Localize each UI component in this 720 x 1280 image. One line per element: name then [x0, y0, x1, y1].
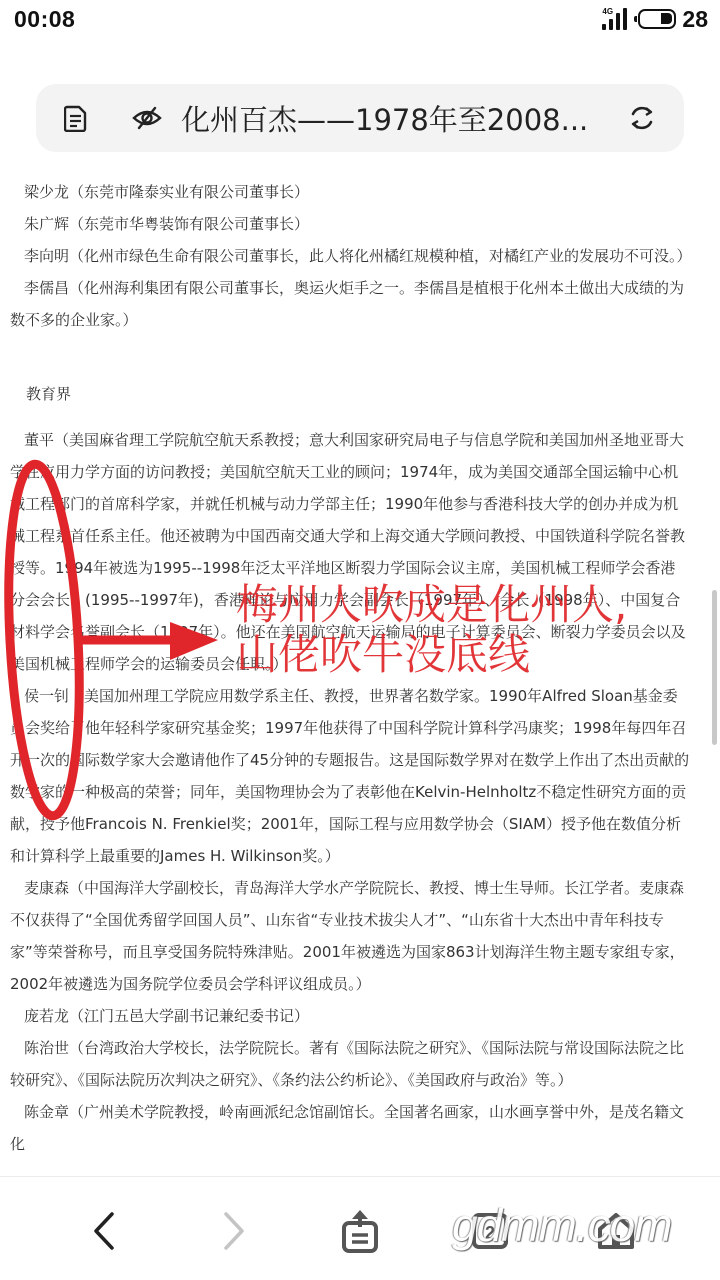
battery-level: 28	[682, 6, 708, 33]
status-icons: 4G 28	[602, 6, 708, 32]
paragraph-mai-kangsen: 麦康森（中国海洋大学副校长，青岛海洋大学水产学院院长、教授、博士生导师。长江学者…	[0, 872, 700, 1000]
back-button[interactable]	[80, 1207, 128, 1255]
battery-icon	[638, 9, 676, 29]
share-button[interactable]	[336, 1207, 384, 1255]
chevron-right-icon	[222, 1212, 246, 1250]
refresh-icon[interactable]	[628, 104, 656, 132]
network-type: 4G	[602, 7, 613, 16]
status-time: 00:08	[14, 6, 75, 33]
scrollbar[interactable]	[712, 590, 717, 745]
paragraph-zhu-guanghui: 朱广辉（东莞市华粤装饰有限公司董事长）	[0, 208, 700, 240]
annotation-text-line1: 梅州人吹成是化州人,	[236, 582, 627, 628]
eye-off-icon[interactable]	[132, 106, 162, 130]
annotation-text-line2: 山佬吹牛没底线	[236, 632, 530, 678]
watermark: gdmm.com	[452, 1198, 671, 1252]
paragraph-liang-shaolong: 梁少龙（东莞市隆泰实业有限公司董事长）	[0, 176, 700, 208]
page-title[interactable]: 化州百杰——1978年至2008...	[181, 98, 588, 139]
paragraph-chen-zhishi: 陈治世（台湾政治大学校长，法学院院长。著有《国际法院之研究》、《国际法院与常设国…	[0, 1032, 700, 1096]
forward-button[interactable]	[210, 1207, 258, 1255]
chevron-left-icon	[92, 1212, 116, 1250]
section-heading-education: 教育界	[0, 378, 700, 410]
signal-icon: 4G	[602, 8, 632, 30]
paragraph-hou-yizhao: 侯一钊（美国加州理工学院应用数学系主任、教授，世界著名数学家。1990年Alfr…	[0, 680, 700, 872]
paragraph-li-ruchang: 李儒昌（化州海利集团有限公司董事长，奥运火炬手之一。李儒昌是植根于化州本土做出大…	[0, 272, 700, 336]
paragraph-chen-jinzhang: 陈金章（广州美术学院教授，岭南画派纪念馆副馆长。全国著名画家，山水画享誉中外，是…	[0, 1096, 700, 1160]
share-icon	[340, 1209, 380, 1253]
paragraph-li-xiangming: 李向明（化州市绿色生命有限公司董事长，此人将化州橘红规模种植，对橘红产业的发展功…	[0, 240, 700, 272]
reader-mode-icon[interactable]	[62, 104, 90, 132]
address-bar[interactable]: 化州百杰——1978年至2008...	[36, 84, 684, 152]
paragraph-pang-ruolong: 庞若龙（江门五邑大学副书记兼纪委书记）	[0, 1000, 700, 1032]
status-bar: 00:08 4G 28	[0, 0, 720, 40]
